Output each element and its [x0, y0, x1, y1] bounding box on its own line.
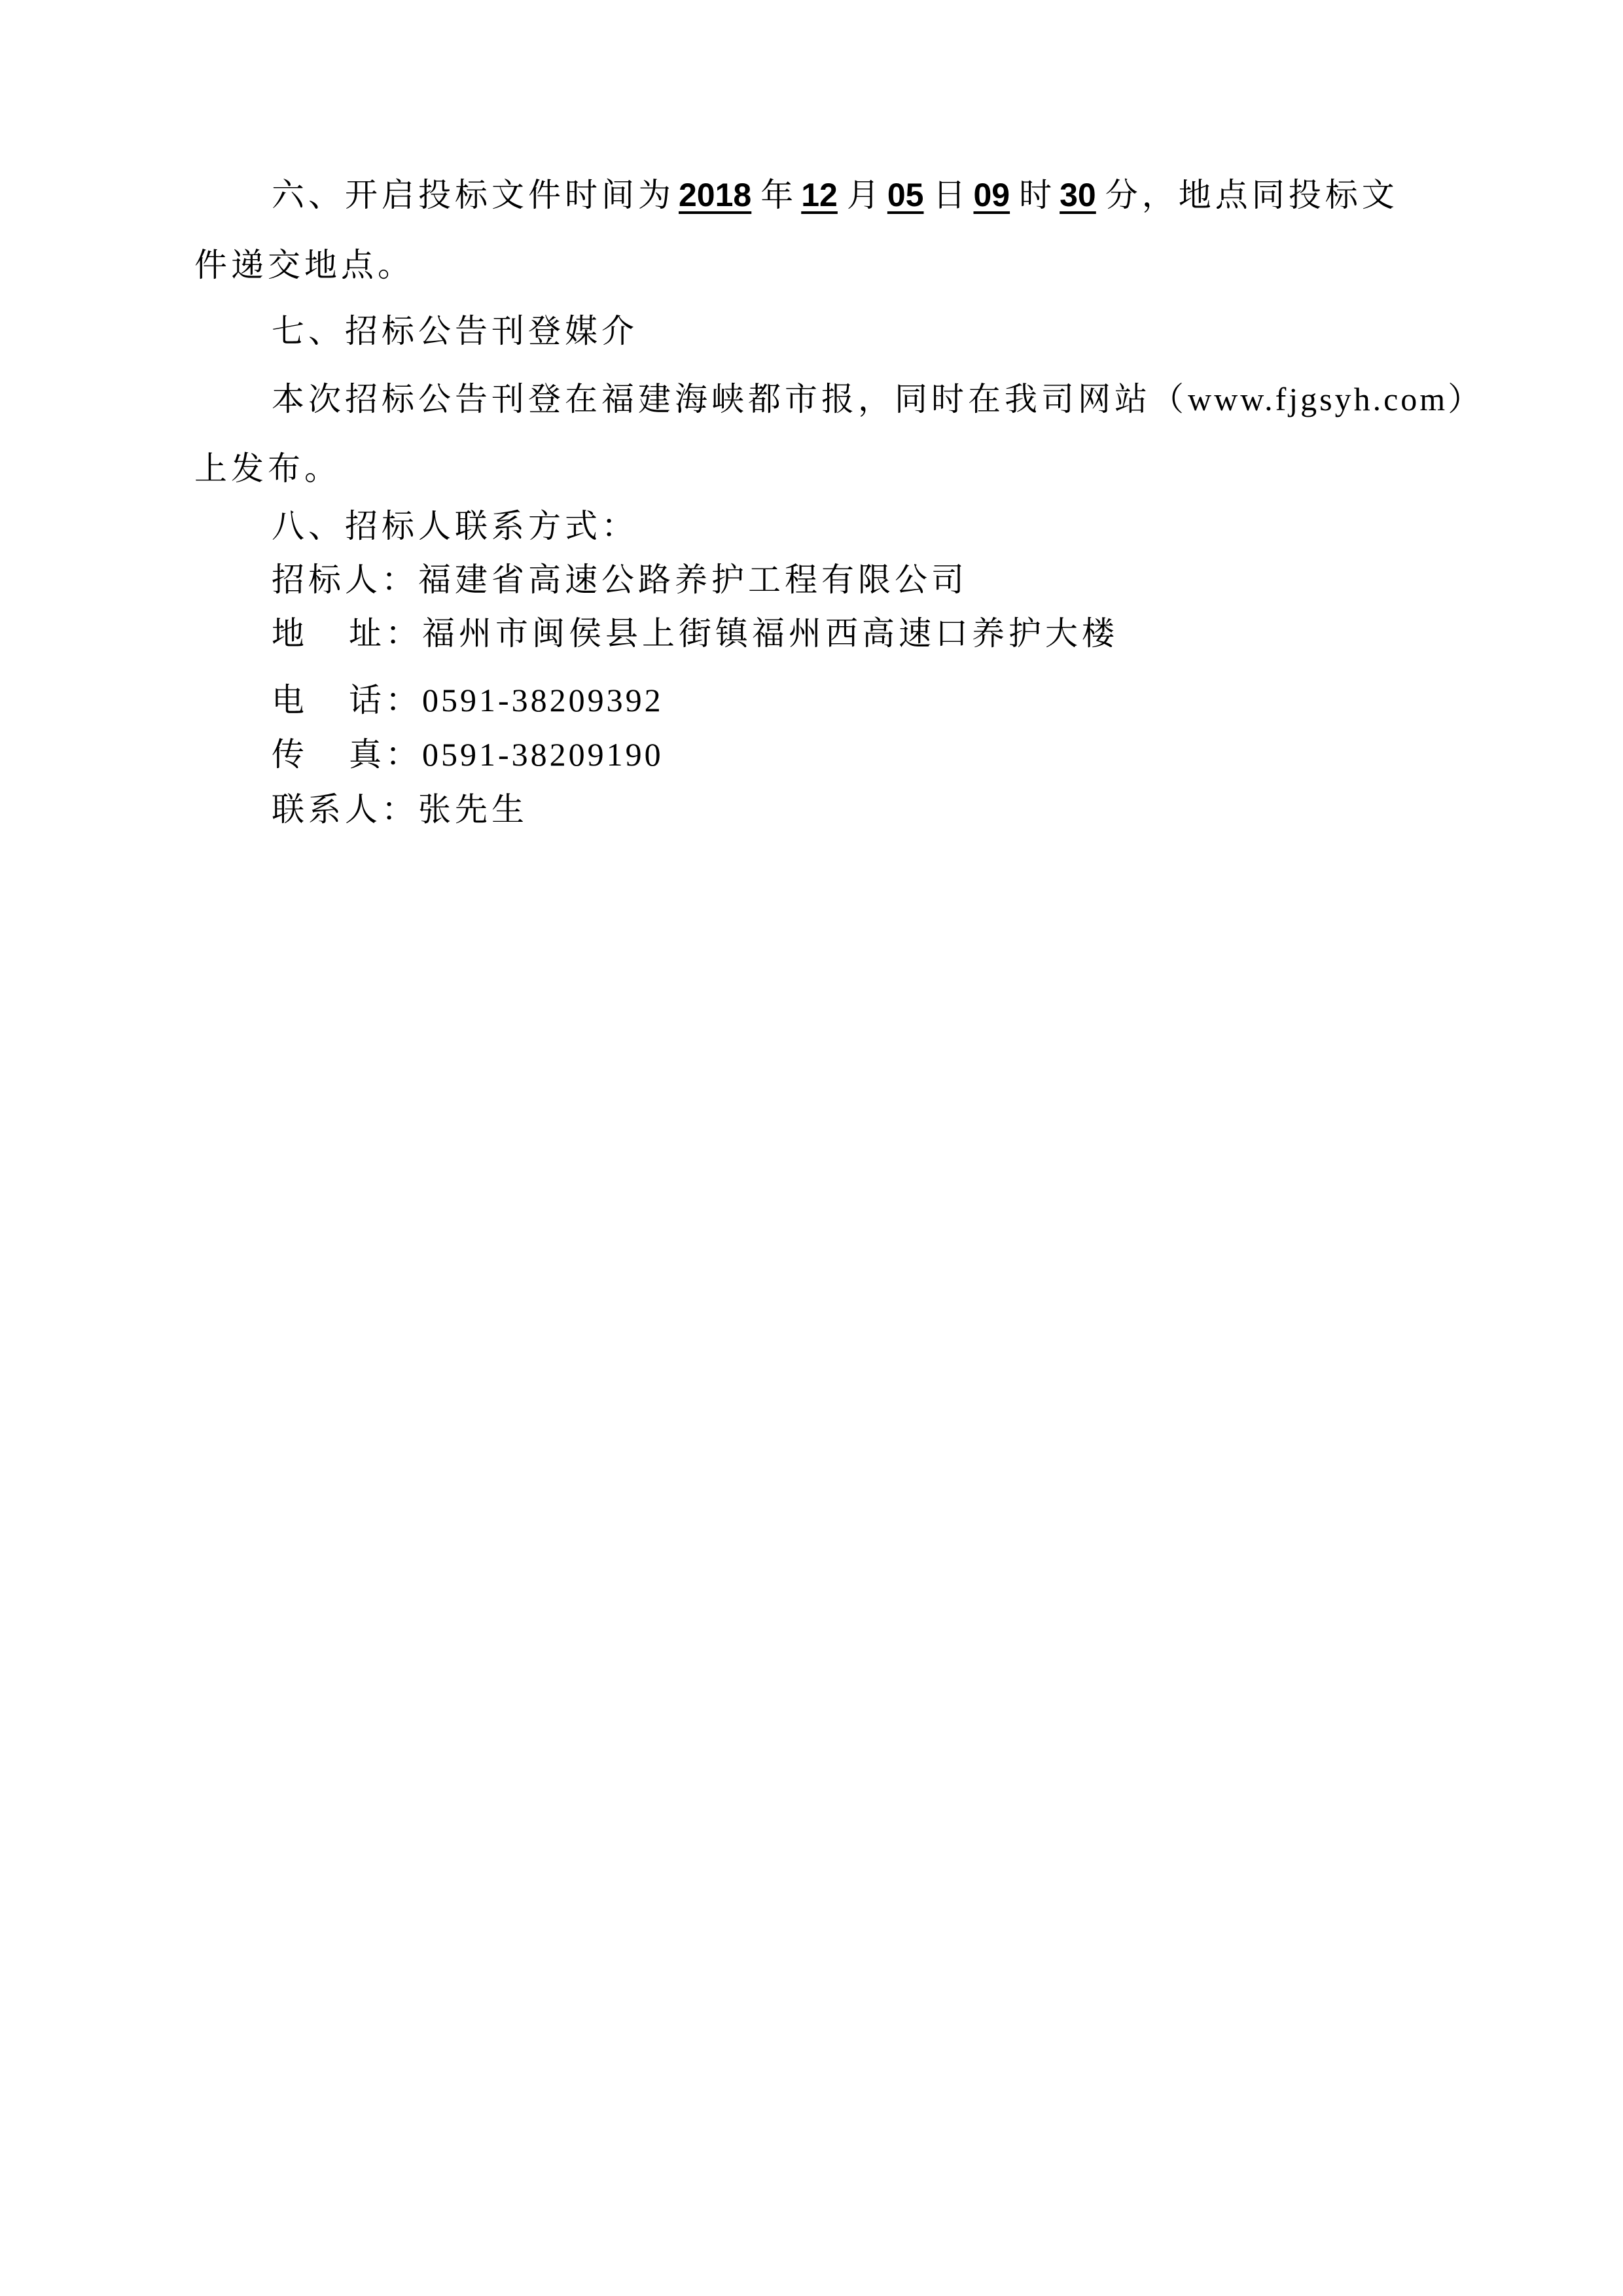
section6-prefix: 六、开启投标文件时间为	[272, 176, 675, 214]
contact-sep: ：	[382, 790, 418, 828]
contact-value-address: 福州市闽侯县上街镇福州西高速口养护大楼	[422, 614, 1118, 652]
section7-body-line2: 上发布。	[194, 449, 1471, 488]
contact-label-b: 真	[349, 735, 385, 773]
section8-heading: 八、招标人联系方式：	[272, 506, 1469, 546]
document-page: 六、开启投标文件时间为2018年12月05日09时30分，地点同投标文 件递交地…	[0, 0, 1623, 2296]
opening-minute: 30	[1056, 177, 1105, 213]
month-unit: 月	[847, 176, 883, 214]
contact-label: 招标人	[272, 561, 382, 599]
hour-unit: 时	[1019, 176, 1056, 214]
contact-label-a: 地	[272, 614, 308, 652]
day-unit: 日	[933, 176, 969, 214]
minute-unit: 分	[1105, 176, 1142, 214]
opening-hour: 09	[969, 177, 1019, 213]
opening-day: 05	[883, 177, 933, 213]
website-link[interactable]: www.fjgsyh.com	[1188, 381, 1448, 417]
contact-value-phone: 0591-38209392	[422, 682, 664, 718]
contact-row-fax: 传真：0591-38209190	[272, 735, 1469, 774]
contact-sep: ：	[385, 735, 422, 773]
section7-body-suffix: ）	[1448, 380, 1484, 418]
contact-row-phone: 电话：0591-38209392	[272, 680, 1469, 720]
section7-body-line1: 本次招标公告刊登在福建海峡都市报，同时在我司网站（www.fjgsyh.com）	[272, 380, 1469, 419]
contact-sep: ：	[385, 681, 422, 719]
year-unit: 年	[760, 176, 797, 214]
section7-heading: 七、招标公告刊登媒介	[272, 311, 1469, 351]
section6-line2: 件递交地点。	[194, 245, 1471, 285]
contact-label: 联系人	[272, 790, 382, 828]
contact-row-person: 联系人：张先生	[272, 790, 1469, 829]
contact-sep: ：	[382, 561, 418, 599]
contact-value-tenderer: 福建省高速公路养护工程有限公司	[418, 561, 968, 599]
section7-body-prefix: 本次招标公告刊登在福建海峡都市报，同时在我司网站（	[272, 380, 1188, 418]
contact-label-a: 传	[272, 735, 308, 773]
contact-value-fax: 0591-38209190	[422, 736, 664, 773]
opening-month: 12	[797, 177, 847, 213]
contact-row-address: 地址：福州市闽侯县上街镇福州西高速口养护大楼	[272, 614, 1469, 653]
opening-year: 2018	[675, 177, 760, 213]
contact-label-a: 电	[272, 681, 308, 719]
section6-suffix: ，地点同投标文	[1142, 176, 1399, 214]
contact-value-person: 张先生	[418, 790, 528, 828]
section6-line1: 六、开启投标文件时间为2018年12月05日09时30分，地点同投标文	[272, 175, 1469, 215]
contact-row-tenderer: 招标人：福建省高速公路养护工程有限公司	[272, 560, 1469, 599]
contact-sep: ：	[385, 614, 422, 652]
contact-label-b: 址	[349, 614, 385, 652]
contact-label-b: 话	[349, 681, 385, 719]
